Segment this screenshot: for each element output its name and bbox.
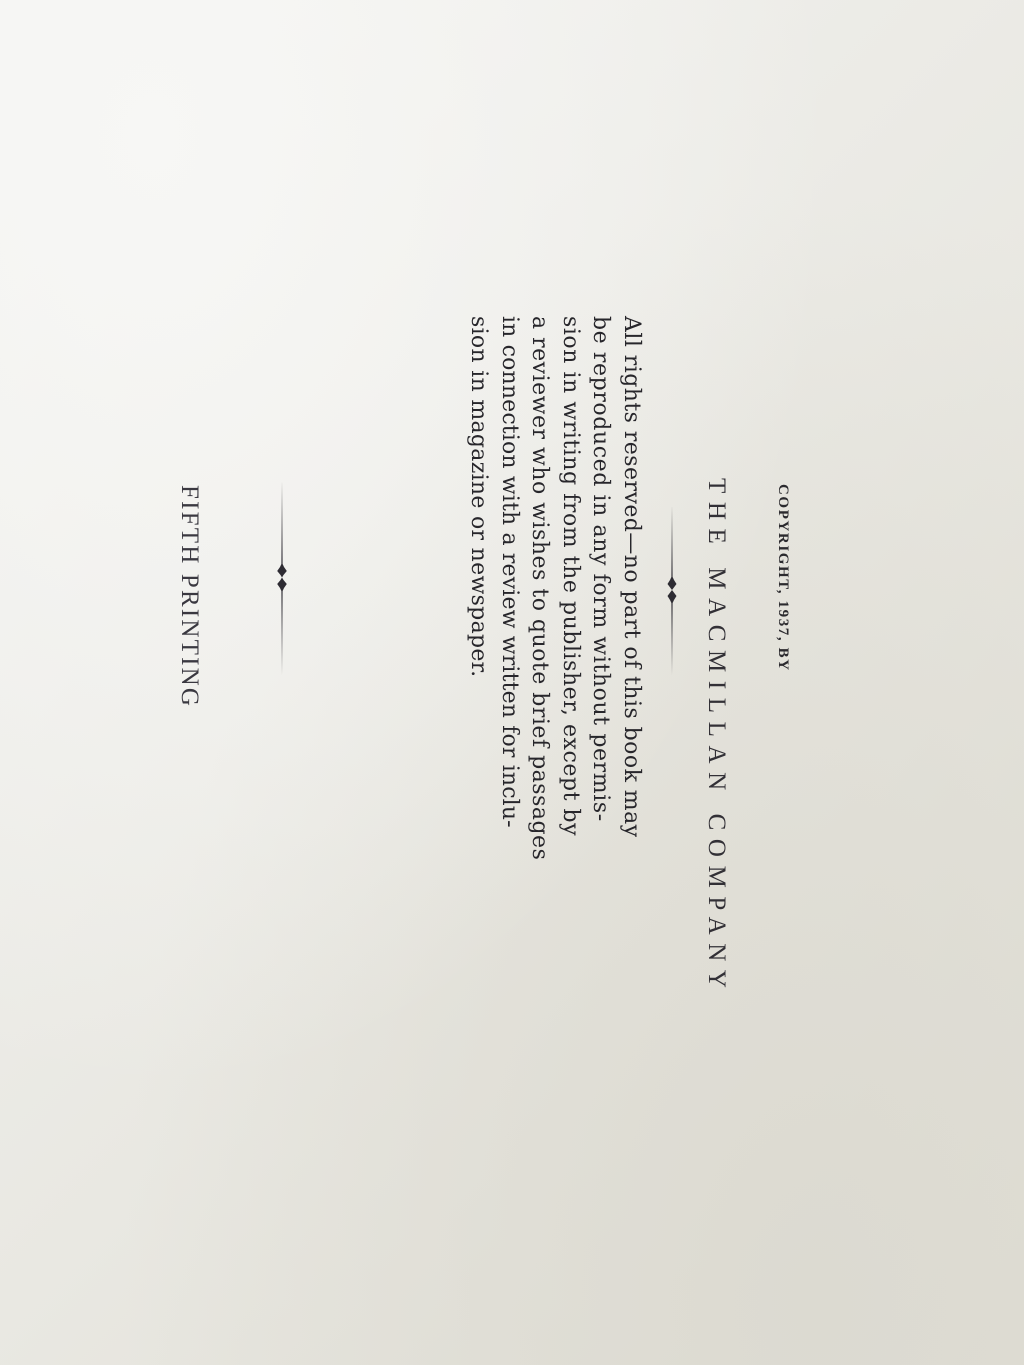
rights-line: sion in magazine or newspaper. [462,316,493,860]
double-diamond-rule-icon [275,480,289,675]
rights-line: a reviewer who wishes to quote brief pas… [524,316,555,860]
publisher-name: THE MACMILLAN COMPANY [704,478,729,997]
double-diamond-rule-icon [665,505,679,675]
rights-line: in connection with a review written for … [493,316,524,860]
rights-paragraph: All rights reserved—no part of this book… [462,316,646,860]
book-page-photo: COPYRIGHT, 1937, BY THE MACMILLAN COMPAN… [0,0,1024,1365]
rights-line: All rights reserved—no part of this book… [615,316,646,860]
rights-line: be reproduced in any form without permis… [585,316,616,860]
rights-line: sion in writing from the publisher, exce… [554,316,585,860]
copyright-page: COPYRIGHT, 1937, BY THE MACMILLAN COMPAN… [0,0,1024,1365]
copyright-line: COPYRIGHT, 1937, BY [775,484,790,672]
printing-edition: FIFTH PRINTING [177,485,202,708]
